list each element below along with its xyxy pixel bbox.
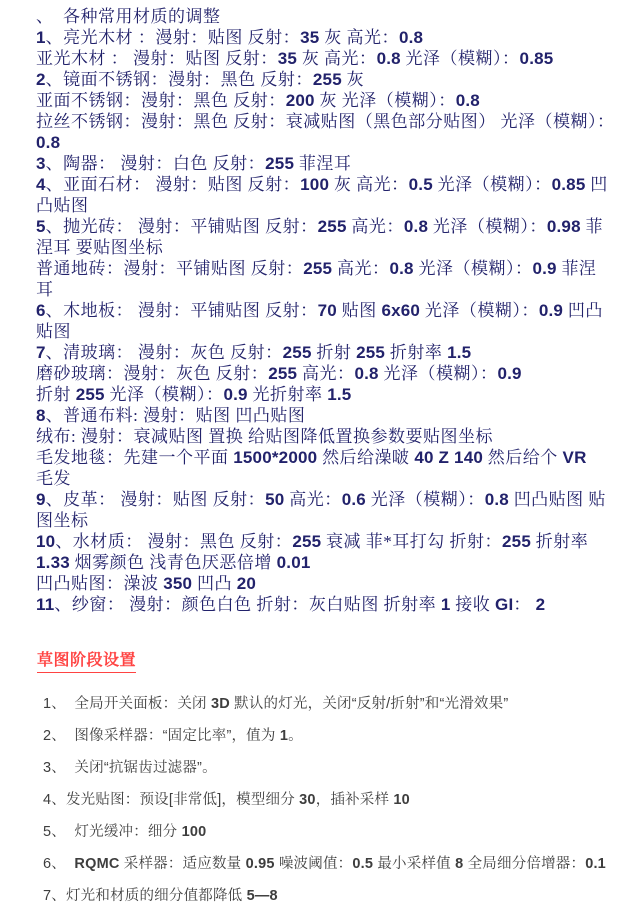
text-run-bold: 255	[268, 364, 297, 383]
text-run-bold: 255	[292, 532, 321, 551]
text-run-bold: 9	[36, 490, 46, 509]
text-run-bold: 2	[536, 595, 546, 614]
text-run-bold: 30	[299, 792, 316, 808]
text-run-bold: 70	[318, 301, 337, 320]
text-run-bold: 0.9	[539, 301, 563, 320]
material-line: 亚面不锈钢：漫射：黑色 反射：200 灰 光泽（模糊）：0.8	[36, 90, 630, 111]
text-run: 凸贴图	[36, 196, 89, 215]
text-run: 贴图	[36, 322, 71, 341]
text-run: 灰 高光：	[319, 28, 399, 47]
material-line: 5、抛光砖： 漫射：平铺贴图 反射：255 高光：0.8 光泽（模糊）：0.98…	[36, 216, 630, 237]
text-run: 然后给澡啵	[317, 448, 414, 467]
text-run: 光泽（模糊）：	[414, 259, 533, 278]
text-run: 接收	[451, 595, 496, 614]
text-run: 3、 关闭“抗锯齿过滤器”。	[43, 760, 217, 776]
text-run: 烟雾颜色 浅青色厌恶倍增	[70, 553, 277, 572]
material-line: 9、皮革： 漫射：贴图 反射：50 高光：0.6 光泽（模糊）：0.8 凹凸贴图…	[36, 489, 630, 510]
text-run-bold: 0.8	[404, 217, 428, 236]
text-run-bold: 1.5	[447, 343, 471, 362]
material-line: 图坐标	[36, 510, 630, 531]
text-run: 默认的灯光，关闭“反射/折射”和“光滑效果”	[230, 696, 508, 712]
text-run-bold: 7	[36, 343, 46, 362]
text-run-bold: 255	[313, 70, 342, 89]
text-run-bold: 0.5	[409, 175, 433, 194]
text-run-bold: 0.8	[456, 91, 480, 110]
text-run: 、水材质： 漫射：黑色 反射：	[55, 532, 292, 551]
text-run: 、清玻璃： 漫射：灰色 反射：	[46, 343, 283, 362]
text-run-bold: 5	[36, 217, 46, 236]
draft-setting-item: 5、 灯光缓冲：细分 100	[43, 822, 630, 842]
text-run: 毛发地毯：先建一个平面	[36, 448, 233, 467]
material-line: 耳	[36, 279, 630, 300]
text-run: 折射率	[531, 532, 588, 551]
text-run-bold: 35	[278, 49, 297, 68]
text-run: 菲涅耳	[294, 154, 351, 173]
material-line: 2、镜面不锈钢：漫射：黑色 反射：255 灰	[36, 69, 630, 90]
text-run-bold: 1.5	[327, 385, 351, 404]
material-line: 3、陶器： 漫射：白色 反射：255 菲涅耳	[36, 153, 630, 174]
text-run-bold: 0.9	[497, 364, 521, 383]
material-line: 贴图	[36, 321, 630, 342]
draft-setting-item: 2、 图像采样器：“固定比率”，值为 1。	[43, 726, 630, 746]
text-run: 图坐标	[36, 511, 89, 530]
text-run: 折射率	[385, 343, 447, 362]
text-run-bold: 255	[303, 259, 332, 278]
text-run: 光泽（模糊）：	[433, 175, 552, 194]
text-run-bold: 0.98	[547, 217, 581, 236]
text-run-bold: 5—8	[247, 888, 278, 904]
material-line: 凸贴图	[36, 195, 630, 216]
text-run-bold: 4	[36, 175, 46, 194]
material-line: 普通地砖：漫射：平铺贴图 反射：255 高光：0.8 光泽（模糊）：0.9 菲涅	[36, 258, 630, 279]
material-line: 4、亚面石材： 漫射：贴图 反射：100 灰 高光：0.5 光泽（模糊）：0.8…	[36, 174, 630, 195]
text-run-bold: 6x60	[381, 301, 420, 320]
text-run-bold: 255	[76, 385, 105, 404]
text-run: 光泽（模糊）：	[420, 301, 539, 320]
text-run: 2、 图像采样器：“固定比率”，值为	[43, 728, 280, 744]
text-run-bold: 1	[280, 728, 288, 744]
document-page: 、 各种常用材质的调整1、亮光木材 ：漫射：贴图 反射：35 灰 高光：0.8亚…	[0, 0, 630, 918]
text-run-bold: 0.8	[354, 364, 378, 383]
text-run: 衰减 菲*耳打勾 折射：	[321, 532, 502, 551]
text-run: 全局细分倍增器：	[463, 856, 585, 872]
text-run-bold: VR	[563, 448, 587, 467]
text-run: 然后给个	[483, 448, 563, 467]
material-line: 涅耳 要贴图坐标	[36, 237, 630, 258]
text-run-bold: 0.9	[532, 259, 556, 278]
material-line: 11、纱窗： 漫射：颜色白色 折射：灰白贴图 折射率 1 接收 GI： 2	[36, 594, 630, 615]
text-run-bold: 350	[163, 574, 192, 593]
text-run: 绒布: 漫射：衰减贴图 置换 给贴图降低置换参数要贴图坐标	[36, 427, 493, 446]
text-run-bold: 200	[286, 91, 315, 110]
text-run-bold: 0.8	[377, 49, 401, 68]
text-run: 灰	[342, 70, 364, 89]
material-line: 拉丝不锈钢：漫射：黑色 反射：衰减贴图（黑色部分贴图） 光泽（模糊）：	[36, 111, 630, 132]
material-line: 8、普通布料: 漫射：贴图 凹凸贴图	[36, 405, 630, 426]
text-run: 涅耳 要贴图坐标	[36, 238, 163, 257]
text-run: 、纱窗： 漫射：颜色白色 折射：灰白贴图 折射率	[54, 595, 441, 614]
text-run: 、 各种常用材质的调整	[36, 7, 221, 26]
text-run: 光折射率	[248, 385, 328, 404]
text-run-bold: 11	[36, 595, 54, 614]
text-run-bold: 1.33	[36, 553, 70, 572]
text-run: 光泽（模糊）：	[366, 490, 485, 509]
text-run-bold: 255	[265, 154, 294, 173]
text-run: 、木地板： 漫射：平铺贴图 反射：	[46, 301, 318, 320]
text-run: 光泽（模糊）：	[401, 49, 520, 68]
text-run: 、普通布料: 漫射：贴图 凹凸贴图	[46, 406, 306, 425]
material-line: 毛发	[36, 468, 630, 489]
material-line: 折射 255 光泽（模糊）：0.9 光折射率 1.5	[36, 384, 630, 405]
text-run-bold: 0.95	[246, 856, 275, 872]
text-run: 耳	[36, 280, 54, 299]
text-run: 凹凸	[563, 301, 603, 320]
material-line: 1、亮光木材 ：漫射：贴图 反射：35 灰 高光：0.8	[36, 27, 630, 48]
text-run-bold: 255	[502, 532, 531, 551]
text-run: 4、发光贴图：预设[非常低]，模型细分	[43, 792, 299, 808]
materials-section: 、 各种常用材质的调整1、亮光木材 ：漫射：贴图 反射：35 灰 高光：0.8亚…	[36, 6, 630, 615]
text-run-bold: 0.85	[552, 175, 586, 194]
text-run: 凹凸	[192, 574, 237, 593]
text-run: 噪波阈值：	[275, 856, 353, 872]
text-run-bold: 0.9	[223, 385, 247, 404]
text-run: 普通地砖：漫射：平铺贴图 反射：	[36, 259, 303, 278]
text-run: 灰 高光：	[297, 49, 377, 68]
text-run-bold: 0.8	[36, 133, 60, 152]
text-run: 。	[288, 728, 303, 744]
material-line: 10、水材质： 漫射：黑色 反射：255 衰减 菲*耳打勾 折射：255 折射率	[36, 531, 630, 552]
text-run-bold: GI	[495, 595, 513, 614]
text-run-bold: 0.01	[277, 553, 311, 572]
text-run: 采样器：适应数量	[120, 856, 246, 872]
text-run-bold: 10	[393, 792, 410, 808]
text-run-bold: 20	[237, 574, 256, 593]
text-run: ：	[513, 595, 535, 614]
text-run-bold: 0.8	[485, 490, 509, 509]
material-line: 、 各种常用材质的调整	[36, 6, 630, 27]
material-line: 亚光木材 ： 漫射：贴图 反射：35 灰 高光：0.8 光泽（模糊）：0.85	[36, 48, 630, 69]
text-run: 凹	[586, 175, 608, 194]
text-run: 5、 灯光缓冲：细分	[43, 824, 182, 840]
text-run: 7、灯光和材质的细分值都降低	[43, 888, 247, 904]
text-run: 凹凸贴图 贴	[509, 490, 606, 509]
material-line: 凹凸贴图：澡波 350 凹凸 20	[36, 573, 630, 594]
text-run: ，插补采样	[316, 792, 394, 808]
text-run: 光泽（模糊）：	[105, 385, 224, 404]
text-run: 高光：	[297, 364, 354, 383]
text-run-bold: 100	[182, 824, 207, 840]
draft-setting-item: 7、灯光和材质的细分值都降低 5—8	[43, 886, 630, 906]
text-run-bold: 50	[265, 490, 284, 509]
material-line: 1.33 烟雾颜色 浅青色厌恶倍增 0.01	[36, 552, 630, 573]
text-run: 折射	[312, 343, 357, 362]
text-run: 折射	[36, 385, 76, 404]
text-run: 高光：	[332, 259, 389, 278]
material-line: 绒布: 漫射：衰减贴图 置换 给贴图降低置换参数要贴图坐标	[36, 426, 630, 447]
text-run-bold: RQMC	[74, 856, 119, 872]
text-run-bold: 255	[356, 343, 385, 362]
text-run-bold: 1	[36, 28, 46, 47]
text-run: 高光：	[347, 217, 404, 236]
material-line: 0.8	[36, 132, 630, 153]
text-run-bold: 0.5	[352, 856, 373, 872]
draft-setting-item: 3、 关闭“抗锯齿过滤器”。	[43, 758, 630, 778]
text-run-bold: 1	[441, 595, 451, 614]
draft-setting-item: 1、 全局开关面板：关闭 3D 默认的灯光，关闭“反射/折射”和“光滑效果”	[43, 694, 630, 714]
draft-stage-heading: 草图阶段设置	[37, 651, 136, 673]
draft-setting-item: 6、 RQMC 采样器：适应数量 0.95 噪波阈值：0.5 最小采样值 8 全…	[43, 854, 630, 874]
text-run: 毛发	[36, 469, 71, 488]
material-line: 毛发地毯：先建一个平面 1500*2000 然后给澡啵 40 Z 140 然后给…	[36, 447, 630, 468]
text-run-bold: 255	[283, 343, 312, 362]
text-run-bold: 35	[300, 28, 319, 47]
text-run: 贴图	[337, 301, 382, 320]
text-run: 灰 光泽（模糊）：	[315, 91, 456, 110]
text-run-bold: 1500*2000	[233, 448, 317, 467]
text-run: 、镜面不锈钢：漫射：黑色 反射：	[46, 70, 313, 89]
text-run-bold: 0.8	[399, 28, 423, 47]
draft-stage-heading-text: 草图阶段设置	[37, 651, 136, 673]
text-run: 亚光木材 ： 漫射：贴图 反射：	[36, 49, 278, 68]
draft-settings-list: 1、 全局开关面板：关闭 3D 默认的灯光，关闭“反射/折射”和“光滑效果”2、…	[43, 694, 630, 918]
text-run-bold: 8	[36, 406, 46, 425]
text-run: 凹凸贴图：澡波	[36, 574, 163, 593]
text-run-bold: 0.85	[520, 49, 554, 68]
text-run: 、抛光砖： 漫射：平铺贴图 反射：	[46, 217, 318, 236]
text-run: 菲	[581, 217, 603, 236]
text-run: 1、 全局开关面板：关闭	[43, 696, 211, 712]
text-run: 、亚面石材： 漫射：贴图 反射：	[46, 175, 301, 194]
text-run-bold: 3D	[211, 696, 230, 712]
text-run: 最小采样值	[373, 856, 455, 872]
text-run: 、亮光木材 ：漫射：贴图 反射：	[46, 28, 301, 47]
text-run-bold: 10	[36, 532, 55, 551]
text-run: 高光：	[284, 490, 341, 509]
text-run-bold: 255	[318, 217, 347, 236]
text-run-bold: 0.1	[585, 856, 606, 872]
text-run: 6、	[43, 856, 74, 872]
text-run: 菲涅	[557, 259, 597, 278]
text-run: 亚面不锈钢：漫射：黑色 反射：	[36, 91, 286, 110]
text-run-bold: 0.8	[389, 259, 413, 278]
material-line: 7、清玻璃： 漫射：灰色 反射：255 折射 255 折射率 1.5	[36, 342, 630, 363]
text-run-bold: 0.6	[342, 490, 366, 509]
text-run: 光泽（模糊）：	[428, 217, 547, 236]
draft-setting-item: 4、发光贴图：预设[非常低]，模型细分 30，插补采样 10	[43, 790, 630, 810]
text-run: 、皮革： 漫射：贴图 反射：	[46, 490, 266, 509]
text-run-bold: 3	[36, 154, 46, 173]
text-run-bold: 40 Z 140	[414, 448, 483, 467]
text-run-bold: 2	[36, 70, 46, 89]
text-run: 灰 高光：	[329, 175, 409, 194]
text-run: 、陶器： 漫射：白色 反射：	[46, 154, 266, 173]
text-run-bold: 6	[36, 301, 46, 320]
material-line: 磨砂玻璃：漫射：灰色 反射：255 高光：0.8 光泽（模糊）：0.9	[36, 363, 630, 384]
text-run: 光泽（模糊）：	[379, 364, 498, 383]
text-run-bold: 100	[300, 175, 329, 194]
text-run: 磨砂玻璃：漫射：灰色 反射：	[36, 364, 268, 383]
text-run: 拉丝不锈钢：漫射：黑色 反射：衰减贴图（黑色部分贴图） 光泽（模糊）：	[36, 112, 615, 131]
material-line: 6、木地板： 漫射：平铺贴图 反射：70 贴图 6x60 光泽（模糊）：0.9 …	[36, 300, 630, 321]
